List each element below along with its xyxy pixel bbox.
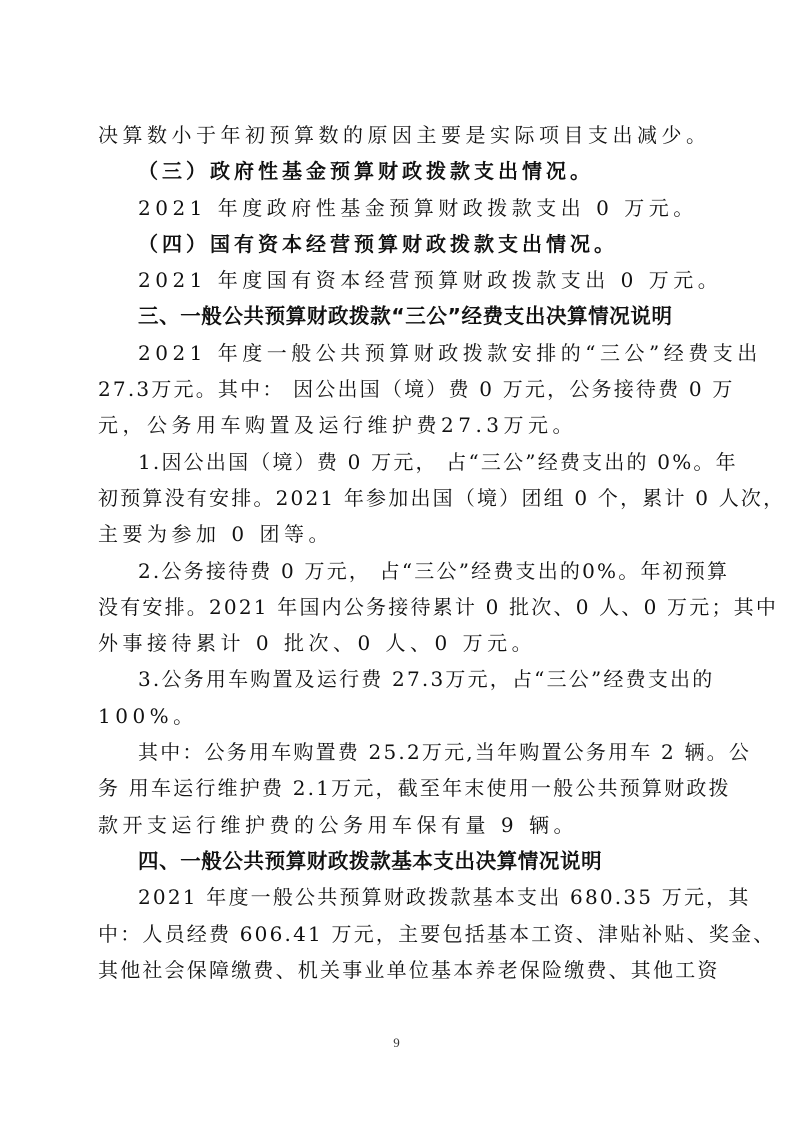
section-heading-basic-expenditure: 四、一般公共预算财政拨款基本支出决算情况说明	[98, 843, 700, 879]
paragraph-line: 主要为参加 0 团等。	[98, 516, 700, 552]
document-page: 决算数小于年初预算数的原因主要是实际项目支出减少。 （三）政府性基金预算财政拨款…	[0, 0, 793, 1122]
paragraph-line: 决算数小于年初预算数的原因主要是实际项目支出减少。	[98, 117, 700, 153]
subheading-state-capital: （四）国有资本经营预算财政拨款支出情况。	[98, 226, 700, 262]
list-item-vehicles: 3.公务用车购置及运行费 27.3万元，占“三公”经费支出的	[98, 661, 700, 697]
paragraph-line: 100%。	[98, 698, 700, 734]
paragraph-line: 款开支运行维护费的公务用车保有量 9 辆。	[98, 807, 700, 843]
paragraph-line: 2021 年度一般公共预算财政拨款安排的“三公”经费支出	[98, 335, 700, 371]
paragraph-line: 务 用车运行维护费 2.1万元，截至年末使用一般公共预算财政拨	[98, 770, 700, 806]
list-item-overseas: 1.因公出国（境）费 0 万元， 占“三公”经费支出的 0%。年	[98, 444, 700, 480]
paragraph-line: 2021 年度国有资本经营预算财政拨款支出 0 万元。	[98, 262, 700, 298]
paragraph-line: 外事接待累计 0 批次、0 人、0 万元。	[98, 625, 700, 661]
paragraph-line: 中：人员经费 606.41 万元，主要包括基本工资、津贴补贴、奖金、	[98, 916, 700, 952]
paragraph-line: 2021 年度政府性基金预算财政拨款支出 0 万元。	[98, 190, 700, 226]
paragraph-line: 2021 年度一般公共预算财政拨款基本支出 680.35 万元，其	[98, 879, 700, 915]
paragraph-line: 元，公务用车购置及运行维护费27.3万元。	[98, 407, 700, 443]
page-number: 9	[0, 1035, 793, 1051]
subheading-government-fund: （三）政府性基金预算财政拨款支出情况。	[98, 153, 700, 189]
paragraph-line: 其他社会保障缴费、机关事业单位基本养老保险缴费、其他工资	[98, 952, 700, 988]
paragraph-line: 初预算没有安排。2021 年参加出国（境）团组 0 个，累计 0 人次，	[98, 480, 700, 516]
section-heading-three-public: 三、一般公共预算财政拨款“三公”经费支出决算情况说明	[98, 298, 700, 334]
paragraph-line: 27.3万元。其中： 因公出国（境）费 0 万元，公务接待费 0 万	[98, 371, 700, 407]
list-item-reception: 2.公务接待费 0 万元， 占“三公”经费支出的0%。年初预算	[98, 553, 700, 589]
document-body: 决算数小于年初预算数的原因主要是实际项目支出减少。 （三）政府性基金预算财政拨款…	[98, 117, 700, 988]
paragraph-line: 其中：公务用车购置费 25.2万元,当年购置公务用车 2 辆。公	[98, 734, 700, 770]
paragraph-line: 没有安排。2021 年国内公务接待累计 0 批次、0 人、0 万元；其中	[98, 589, 700, 625]
